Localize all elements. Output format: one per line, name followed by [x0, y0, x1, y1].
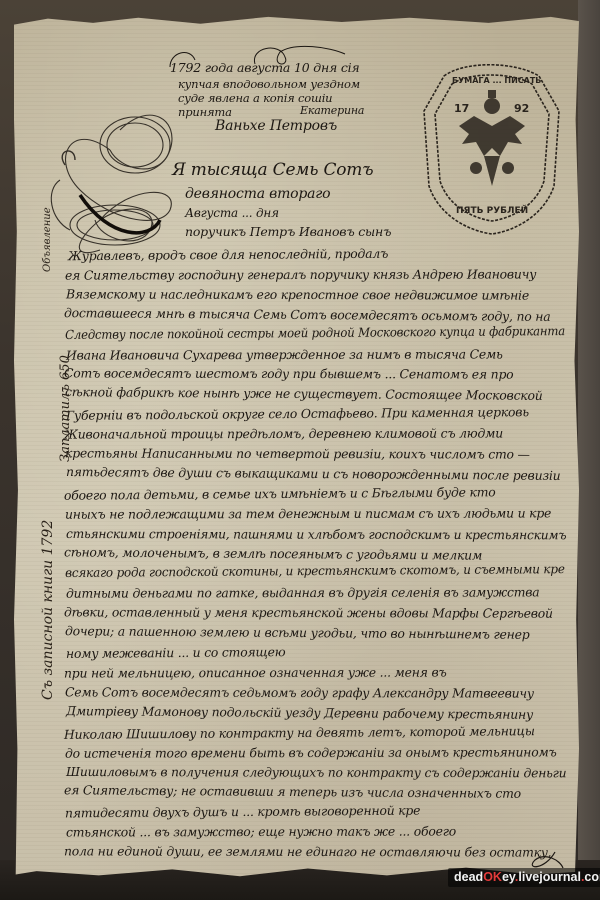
- margin-note-registry: Съ записной книги 1792: [40, 520, 56, 700]
- watermark: deadOKey.livejournal.com: [448, 868, 600, 887]
- watermark-text: com: [584, 870, 600, 884]
- deed-text-line: пола ни единой души, ее землями не едина…: [64, 840, 552, 864]
- deed-text-line: Следству после покойной сестры моей родн…: [65, 320, 565, 346]
- header-signature: Ваньхе Петровъ: [215, 118, 337, 134]
- mount-edge-right: [578, 0, 600, 900]
- watermark-text: ey: [502, 870, 515, 884]
- title-line: Августа ... дня: [185, 206, 279, 220]
- watermark-text: dead: [454, 870, 483, 884]
- stamp-year-left: 17: [454, 102, 469, 115]
- margin-note-payment: Заплатилъ 650: [58, 355, 73, 462]
- sovereign-signature: Екатерина: [300, 104, 364, 117]
- stamp-seal: БУМАГА ... ПИСАТЬ 17 92 ПЯТЬ РУБЛЕЙ: [414, 56, 570, 236]
- stamp-top-text: БУМАГА ... ПИСАТЬ: [452, 76, 541, 85]
- title-line: Я тысяща Семь Сотъ: [172, 160, 373, 180]
- watermark-text: livejournal: [518, 870, 581, 884]
- watermark-accent: OK: [483, 870, 502, 884]
- stamp-value: ПЯТЬ РУБЛЕЙ: [456, 206, 528, 216]
- margin-note-flourish: Объявление: [42, 207, 53, 272]
- stamp-year-right: 92: [514, 102, 529, 115]
- deed-text-line: иныхъ не подлежащими за тем денежным и п…: [65, 502, 551, 526]
- title-line: девяноста втораго: [185, 186, 330, 202]
- calligraphic-flourish-icon: [40, 90, 190, 260]
- title-line: поручикъ Петръ Ивановъ сынъ: [185, 224, 391, 239]
- header-swirl-icon: [160, 42, 420, 72]
